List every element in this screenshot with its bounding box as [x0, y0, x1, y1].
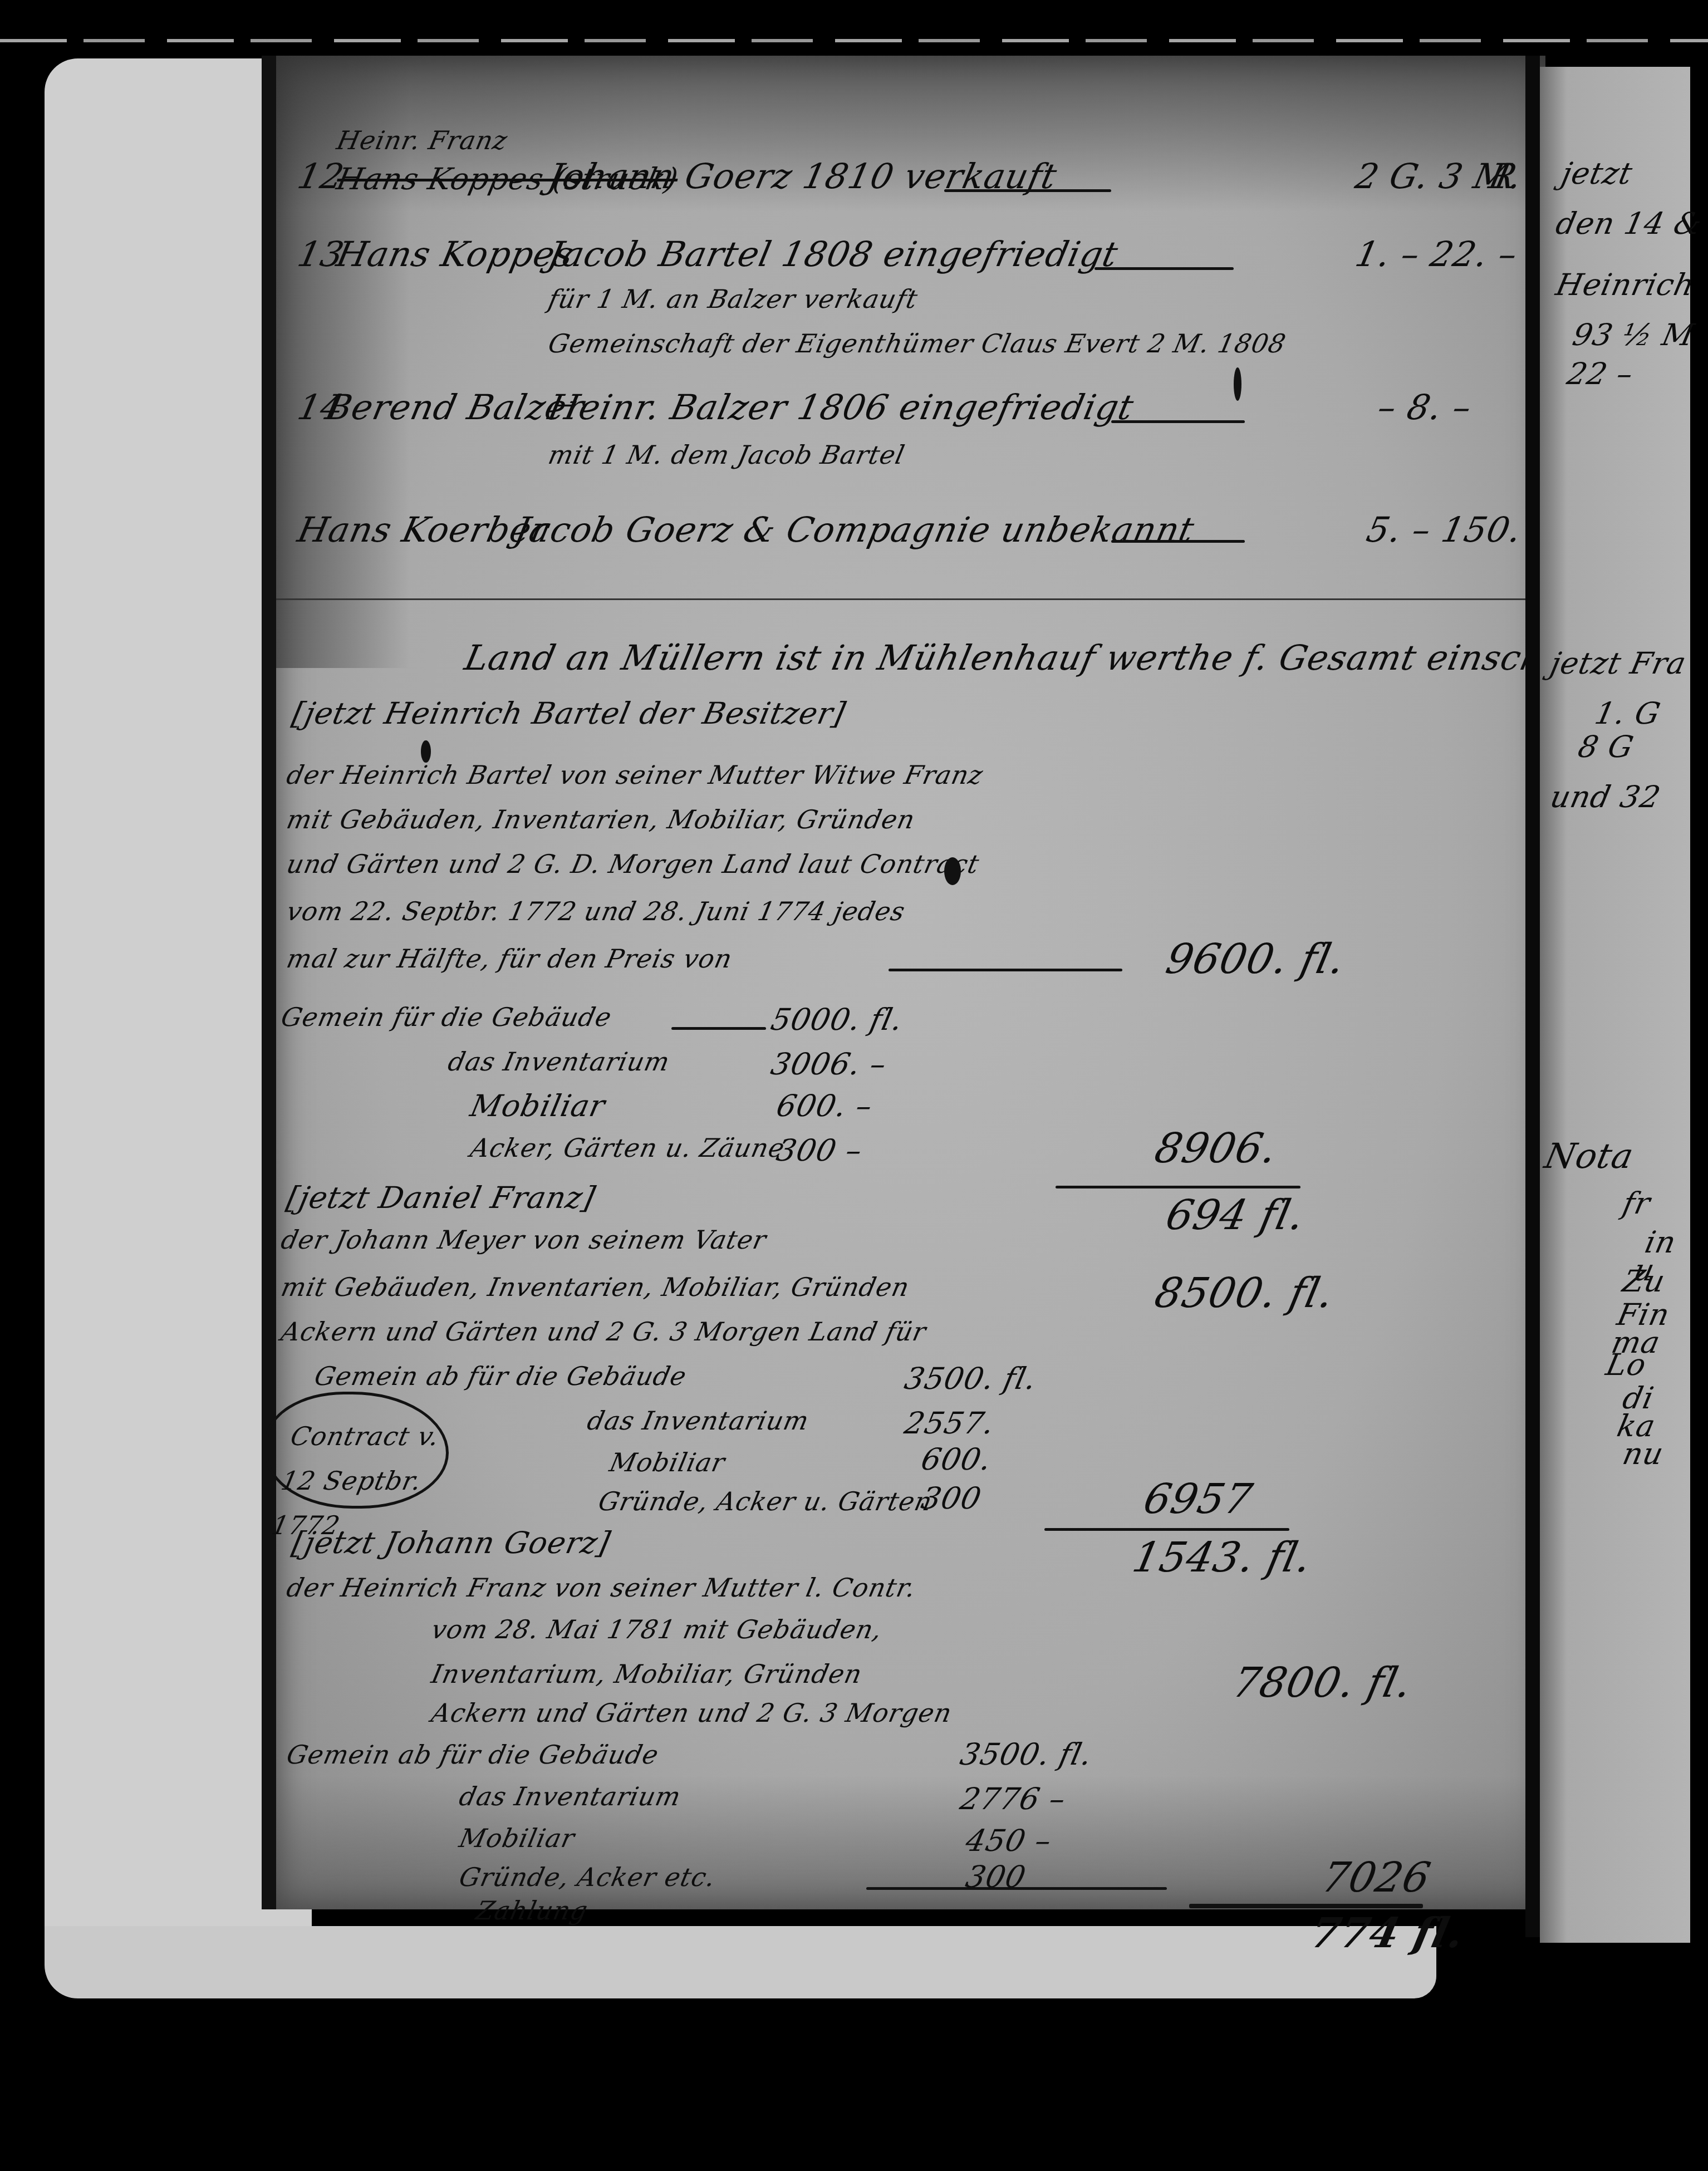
leader-dash [1111, 540, 1245, 543]
backing-sheet-bottom [45, 1926, 1436, 1998]
item-amount: 2776 – [957, 1781, 1069, 1816]
arrow-line [866, 1887, 1167, 1890]
leader-dash [671, 1027, 766, 1030]
entry-text: Jacob Goerz & Compagnie unbekannt [511, 509, 1198, 550]
item-label: Mobiliar [607, 1447, 728, 1477]
block-line: vom 22. Septbr. 1772 und 28. Juni 1774 j… [284, 896, 908, 926]
entry-text: Heinr. Balzer 1806 eingefriedigt [544, 387, 1137, 428]
adjacent-page: jetzt den 14 & R Heinrich 93 ½ M 22 – je… [1540, 67, 1690, 1943]
item-label: Gemein für die Gebäude [278, 1002, 615, 1032]
block-label: [jetzt Daniel Franz] [283, 1180, 598, 1215]
sum-rule [1056, 1186, 1300, 1188]
section-heading: Land an Müllern ist in Mühlenhauf werthe… [461, 637, 1682, 678]
item-label: Zahlung [473, 1895, 591, 1926]
item-amount: 600. – [773, 1088, 876, 1123]
entry-text-2: für 1 M. an Balzer verkauft [546, 284, 920, 314]
ink-blot [421, 740, 431, 763]
leader-dash [1095, 267, 1234, 270]
item-amount: 600. [918, 1442, 995, 1477]
item-label: das Inventarium [457, 1781, 684, 1811]
adjacent-fragment: Lo [1603, 1347, 1650, 1382]
entry-amount: 5. – 150. [1363, 509, 1525, 550]
block-line: der Heinrich Bartel von seiner Mutter Wi… [284, 760, 986, 790]
adjacent-fragment: und 32 [1547, 779, 1663, 814]
adjacent-fragment: Nota [1541, 1136, 1637, 1176]
adjacent-fragment: 8 G [1575, 729, 1637, 764]
adjacent-fragment: jetzt Fra [1547, 646, 1690, 681]
block-line: und Gärten und 2 G. D. Morgen Land laut … [284, 849, 982, 879]
block-line: vom 28. Mai 1781 mit Gebäuden, [429, 1614, 885, 1644]
entry-text-3: Gemeinschaft der Eigenthümer Claus Evert… [546, 328, 1289, 358]
adjacent-fragment: Zu [1619, 1264, 1668, 1299]
adjacent-fragment: fr [1619, 1186, 1653, 1221]
item-label: das Inventarium [445, 1047, 673, 1077]
block-total: 8500. fl. [1151, 1269, 1338, 1317]
item-amount: 3500. fl. [901, 1361, 1040, 1396]
leader-dash [889, 969, 1122, 971]
section-divider [276, 598, 1545, 600]
item-label: das Inventarium [585, 1406, 812, 1436]
ink-blot [1234, 367, 1241, 401]
item-label: Gründe, Acker u. Gärten [596, 1486, 935, 1516]
item-label: Mobiliar [457, 1823, 577, 1853]
entry-text-2: mit 1 M. dem Jacob Bartel [546, 440, 907, 470]
entry-name: Hans Koppes [333, 234, 577, 274]
sum-rule [1044, 1528, 1289, 1531]
block-line: mit Gebäuden, Inventarien, Mobiliar, Grü… [278, 1272, 912, 1302]
ink-blot [944, 857, 961, 885]
block-line: Ackern und Gärten und 2 G. 3 Morgen Land… [278, 1317, 929, 1347]
adjacent-fragment: jetzt [1558, 156, 1636, 191]
item-label: Mobiliar [467, 1088, 608, 1123]
block-line: Ackern und Gärten und 2 G. 3 Morgen [429, 1698, 955, 1728]
adjacent-fragment: 22 – [1564, 356, 1636, 391]
item-label: Acker, Gärten u. Zäune [468, 1133, 788, 1163]
item-label: Gemein ab für die Gebäude [312, 1361, 689, 1391]
block-line: Inventarium, Mobiliar, Gründen [429, 1659, 865, 1689]
item-label: Gründe, Acker etc. [457, 1862, 718, 1892]
item-amount: 3500. fl. [957, 1737, 1096, 1772]
block-subtotal: 6957 [1140, 1475, 1257, 1523]
block-line: mal zur Hälfte, für den Preis von [284, 944, 735, 974]
item-label: Gemein ab für die Gebäude [284, 1740, 661, 1770]
sum-rule [1189, 1904, 1423, 1908]
item-amount: 3006. – [768, 1047, 890, 1082]
block-total: 7800. fl. [1229, 1659, 1416, 1707]
scanner-edge-strip [0, 39, 1708, 42]
ledger-page: Heinr. Franz 12 Hans Koppes (struck) Joh… [262, 56, 1545, 1909]
block-line: der Johann Meyer von seinem Vater [278, 1225, 769, 1255]
block-line: mit Gebäuden, Inventarien, Mobiliar, Grü… [284, 804, 918, 834]
adjacent-fragment: den 14 & R [1553, 206, 1708, 241]
adjacent-fragment: Heinrich [1553, 267, 1698, 302]
item-amount: 2557. [901, 1406, 998, 1441]
entry-amount: – 8. – [1374, 387, 1475, 428]
block-result: 1543. fl. [1128, 1534, 1316, 1581]
item-amount: 5000. fl. [768, 1002, 906, 1037]
block-result: 694 fl. [1162, 1191, 1309, 1239]
block-subtotal: 8906. [1151, 1124, 1282, 1172]
entry-name-above: Heinr. Franz [334, 125, 511, 155]
block-subtotal: 7026 [1318, 1854, 1435, 1902]
adjacent-fragment: 1. G [1592, 696, 1663, 731]
adjacent-fragment: 93 ½ M [1569, 317, 1697, 352]
leader-dash [1111, 420, 1245, 423]
item-amount: 300 – [773, 1133, 866, 1168]
item-amount: 300 [918, 1481, 984, 1516]
adjacent-fragment: nu [1619, 1436, 1667, 1471]
leader-dash [944, 189, 1111, 192]
entry-text: Jacob Bartel 1808 eingefriedigt [544, 234, 1122, 274]
block-label: [jetzt Heinrich Bartel der Besitzer] [289, 696, 848, 731]
block-label: [jetzt Johann Goerz] [289, 1525, 613, 1560]
block-line: der Heinrich Franz von seiner Mutter l. … [284, 1573, 919, 1603]
block-result: 774 fl. [1307, 1909, 1469, 1957]
item-amount: 450 – [963, 1823, 1055, 1858]
book-spine [1525, 56, 1540, 1937]
entry-amount: 1. – 22. – [1352, 234, 1521, 274]
block-total: 9600. fl. [1162, 935, 1349, 983]
